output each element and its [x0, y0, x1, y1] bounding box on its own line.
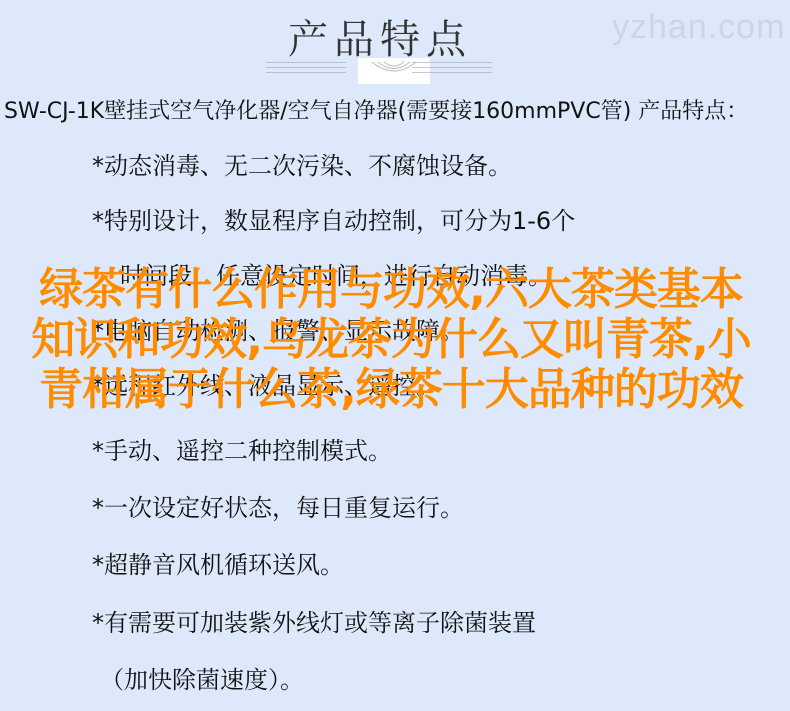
- decorative-fine-text-left: [266, 62, 346, 76]
- feature-item: *动态消毒、无二次污染、不腐蚀设备。: [92, 146, 512, 181]
- feature-item: *有需要可加装紫外线灯或等离子除菌装置: [92, 603, 536, 638]
- product-subtitle: SW-CJ-1K壁挂式空气净化器/空气自净器(需要接160mmPVC管) 产品特…: [4, 94, 748, 125]
- feature-item: *一次设定好状态，每日重复运行。: [92, 488, 464, 523]
- overlay-headline: 绿茶有什么作用与功效,六大茶类基本知识和功效,乌龙茶为什么又叫青茶,小青柑属于什…: [26, 265, 756, 415]
- feature-item: *特别设计，数显程序自动控制，可分为1-6个: [92, 201, 575, 236]
- feature-item: （加快除菌速度）。: [100, 660, 304, 695]
- title-decoration: [266, 54, 492, 84]
- feature-item: *超静音风机循环送风。: [92, 545, 344, 580]
- decorative-fine-text-right: [412, 62, 492, 76]
- feature-item: *手动、遥控二种控制模式。: [92, 431, 392, 466]
